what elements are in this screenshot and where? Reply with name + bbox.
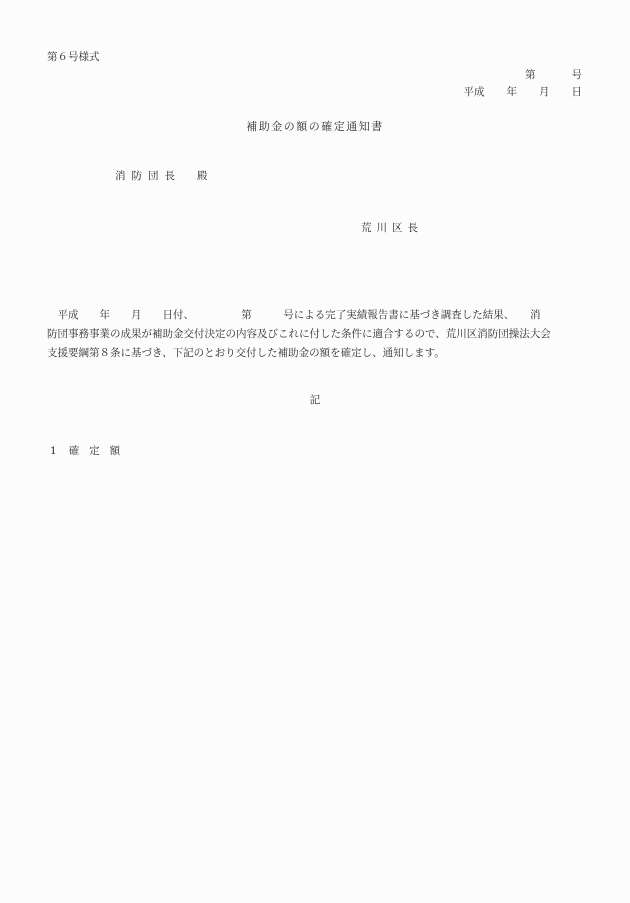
issue-date: 平成年月日 [464, 84, 583, 99]
reference-dai: 第 [525, 67, 536, 82]
body-line-1: 平成 年 月 日付、 第 号による完了実績報告書に基づき調査した結果、 消 [47, 306, 583, 325]
addressee: 消防団長殿 [115, 168, 208, 183]
body-line-2: 防団事務事業の成果が補助金交付決定の内容及びこれに付した条件に適合するので、荒川… [47, 325, 583, 344]
date-year: 年 [507, 84, 518, 99]
ki-heading: 記 [0, 392, 630, 407]
addressee-honorific: 殿 [197, 170, 208, 182]
reference-number: 第号 [525, 67, 582, 82]
sender: 荒川区長 [361, 220, 423, 235]
body-paragraph: 平成 年 月 日付、 第 号による完了実績報告書に基づき調査した結果、 消 防団… [47, 306, 583, 363]
document-title: 補助金の額の確定通知書 [0, 118, 630, 134]
date-day: 日 [572, 84, 583, 99]
item-label: 確定額 [69, 445, 131, 457]
item-number: 1 [50, 445, 57, 457]
body-line-3: 支援要綱第８条に基づき、下記のとおり交付した補助金の額を確定し、通知します。 [47, 344, 583, 363]
date-era: 平成 [464, 84, 485, 99]
date-month: 月 [539, 84, 550, 99]
addressee-name: 消防団長 [115, 170, 181, 182]
form-number: 第６号様式 [47, 49, 100, 64]
reference-go: 号 [572, 67, 583, 82]
item-confirmed-amount: 1確定額 [50, 443, 130, 458]
